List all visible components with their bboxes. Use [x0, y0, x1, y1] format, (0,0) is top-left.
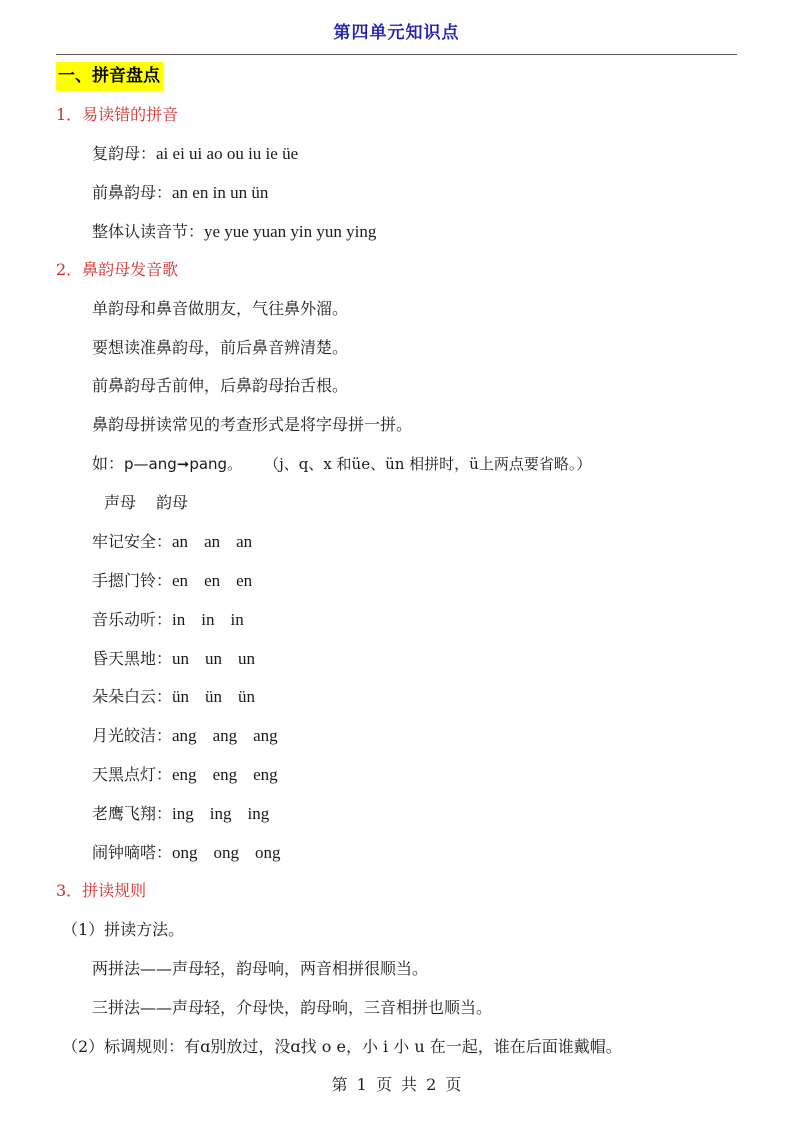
- item-label: 整体认读音节：: [92, 222, 204, 241]
- subheading-1: 1．易读错的拼音: [56, 104, 178, 126]
- rhyme-sound: ün: [238, 687, 255, 706]
- rhyme-sound: an: [204, 532, 220, 551]
- rhyme-phrase: 闹钟嘀嗒：: [92, 843, 172, 862]
- rhyme-sound: ing: [210, 804, 232, 823]
- rhyme-sound: en: [172, 571, 188, 590]
- column-labels: 声母韵母: [104, 492, 188, 514]
- song-line: 鼻韵母拼读常见的考查形式是将字母拼一拼。: [92, 414, 412, 436]
- rhyme-sound: in: [172, 610, 185, 629]
- song-line: 前鼻韵母舌前伸，后鼻韵母抬舌根。: [92, 375, 348, 397]
- rhyme-sound: un: [205, 649, 222, 668]
- rhyme-sound: ong: [172, 843, 198, 862]
- subsection-heading: （1）拼读方法。: [62, 919, 184, 941]
- item-value: ye yue yuan yin yun ying: [204, 222, 376, 241]
- rhyme-sound: in: [230, 610, 243, 629]
- rhyme-row: 月光皎洁：angangang: [92, 725, 278, 747]
- rhyme-sound: en: [236, 571, 252, 590]
- rhyme-sound: an: [236, 532, 252, 551]
- rhyme-sound: ong: [255, 843, 281, 862]
- rhyme-row: 朵朵白云：ününün: [92, 686, 255, 708]
- rhyme-sound: in: [201, 610, 214, 629]
- rhyme-sound: un: [172, 649, 189, 668]
- rhyme-row: 音乐动听：ininin: [92, 609, 244, 631]
- label-shengmu: 声母: [104, 493, 136, 512]
- rhyme-phrase: 手摁门铃：: [92, 571, 172, 590]
- rhyme-phrase: 昏天黑地：: [92, 649, 172, 668]
- page-title: 第四单元知识点: [0, 18, 793, 43]
- rhyme-sound: ing: [247, 804, 269, 823]
- item-value: ai ei ui ao ou iu ie üe: [156, 144, 298, 163]
- page-footer: 第 1 页 共 2 页: [0, 1072, 793, 1095]
- item-value: an en in un ün: [172, 183, 268, 202]
- item-label: 前鼻韵母：: [92, 183, 172, 202]
- rhyme-sound: ün: [172, 687, 189, 706]
- rhyme-row: 老鹰飞翔：inginging: [92, 803, 269, 825]
- rhyme-sound: ong: [214, 843, 240, 862]
- section-heading-pinyin: 一、拼音盘点: [56, 62, 163, 91]
- rhyme-sound: ang: [172, 726, 197, 745]
- rhyme-sound: eng: [172, 765, 197, 784]
- subheading-2: 2．鼻韵母发音歌: [56, 259, 178, 281]
- tone-rule-line: （2）标调规则：有ɑ别放过，没ɑ找 o e，小 i 小 u 在一起，谁在后面谁戴…: [62, 1036, 622, 1058]
- example-formula: p—ang➞pang。: [124, 455, 242, 473]
- item-label: 复韵母：: [92, 144, 156, 163]
- rhyme-sound: ün: [205, 687, 222, 706]
- example-note: （j、q、x 和üe、ün 相拼时，ü上两点要省略。）: [264, 455, 591, 473]
- rhyme-phrase: 天黑点灯：: [92, 765, 172, 784]
- subheading-3: 3．拼读规则: [56, 880, 146, 902]
- rhyme-row: 手摁门铃：enenen: [92, 570, 252, 592]
- rhyme-phrase: 音乐动听：: [92, 610, 172, 629]
- rhyme-phrase: 朵朵白云：: [92, 687, 172, 706]
- example-prefix: 如：: [92, 454, 124, 473]
- rhyme-row: 昏天黑地：ununun: [92, 648, 255, 670]
- rhyme-row: 闹钟嘀嗒：ongongong: [92, 842, 281, 864]
- rhyme-sound: en: [204, 571, 220, 590]
- example-line: 如：p—ang➞pang。（j、q、x 和üe、ün 相拼时，ü上两点要省略。）: [92, 453, 591, 475]
- rhyme-phrase: 月光皎洁：: [92, 726, 172, 745]
- rule-line: 两拼法——声母轻，韵母响，两音相拼很顺当。: [92, 958, 428, 980]
- rhyme-sound: ang: [253, 726, 278, 745]
- rhyme-row: 天黑点灯：engengeng: [92, 764, 278, 786]
- rhyme-row: 牢记安全：ananan: [92, 531, 252, 553]
- rhyme-sound: ang: [213, 726, 238, 745]
- rule-line: 三拼法——声母轻，介母快，韵母响，三音相拼也顺当。: [92, 997, 492, 1019]
- list-item: 整体认读音节：ye yue yuan yin yun ying: [92, 221, 376, 243]
- song-line: 单韵母和鼻音做朋友，气往鼻外溜。: [92, 298, 348, 320]
- rhyme-phrase: 牢记安全：: [92, 532, 172, 551]
- rhyme-phrase: 老鹰飞翔：: [92, 804, 172, 823]
- rhyme-sound: an: [172, 532, 188, 551]
- song-line: 要想读准鼻韵母，前后鼻音辨清楚。: [92, 337, 348, 359]
- list-item: 前鼻韵母：an en in un ün: [92, 182, 268, 204]
- list-item: 复韵母：ai ei ui ao ou iu ie üe: [92, 143, 298, 165]
- label-yunmu: 韵母: [156, 493, 188, 512]
- rhyme-sound: ing: [172, 804, 194, 823]
- rhyme-sound: eng: [213, 765, 238, 784]
- rhyme-sound: un: [238, 649, 255, 668]
- header-rule: [56, 54, 737, 55]
- rhyme-sound: eng: [253, 765, 278, 784]
